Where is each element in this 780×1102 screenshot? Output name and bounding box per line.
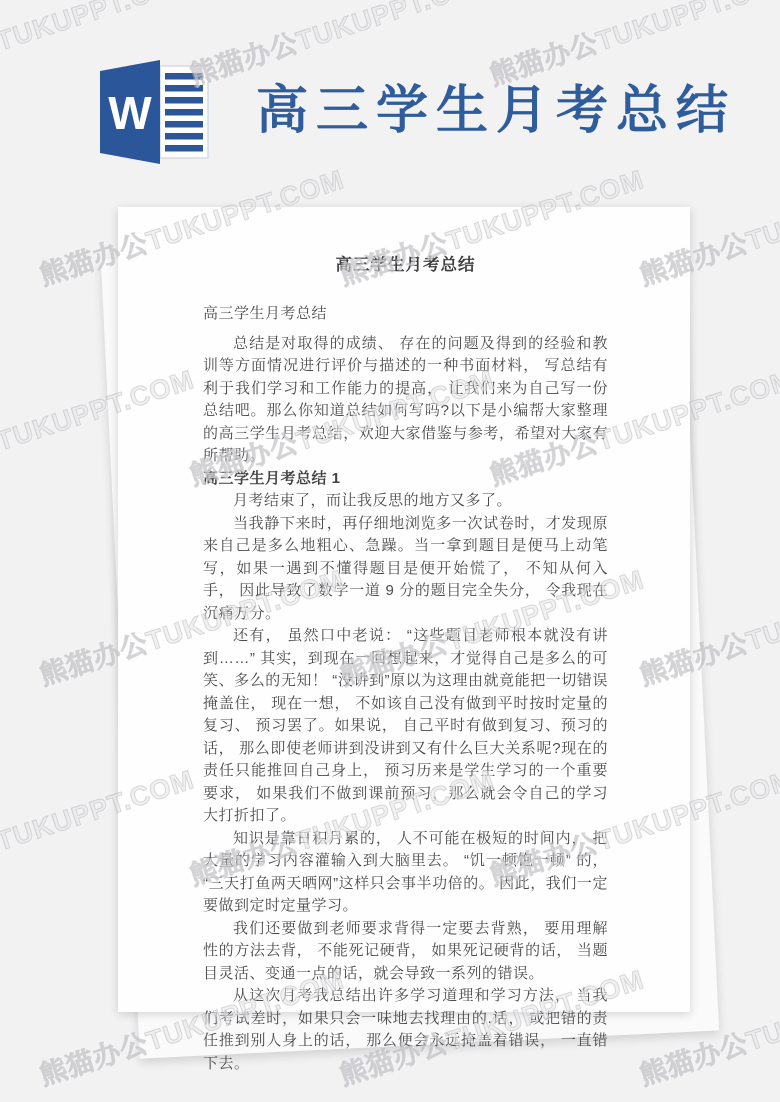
header: W 高三学生月考总结 <box>100 60 736 164</box>
doc-paragraph: 高三学生月考总结 1 <box>203 468 608 491</box>
doc-body: 高三学生月考总结总结是对取得的成绩、 存在的问题及得到的经验和教训等方面情况进行… <box>203 303 608 1075</box>
doc-paragraph: 我们还要做到老师要求背得一定要去背熟， 要用理解性的方法去背， 不能死记硬背， … <box>203 918 608 986</box>
word-logo-icon: W <box>100 60 212 164</box>
doc-paragraph: 知识是靠日积月累的， 人不可能在极短的时间内， 把大量的学习内容灌输入到大脑里去… <box>203 828 608 918</box>
page-title: 高三学生月考总结 <box>256 83 736 140</box>
document-page: 高三学生月考总结 高三学生月考总结总结是对取得的成绩、 存在的问题及得到的经验和… <box>118 207 690 1012</box>
doc-paragraph: 从这次月考我总结出许多学习道理和学习方法， 当我们考试差时，如果只会一味地去找理… <box>203 985 608 1075</box>
doc-paragraph: 月考结束了，而让我反思的地方又多了。 <box>203 490 608 513</box>
document-title: 高三学生月考总结 <box>203 253 608 277</box>
doc-paragraph: 还有， 虽然口中老说： “这些题目老师根本就没有讲到……” 其实，到现在一回想起… <box>203 625 608 828</box>
preview-canvas: W 高三学生月考总结 高三学生月考总结 高三学生月考总结总结是对取得的成绩、 存… <box>0 0 780 1102</box>
doc-paragraph: 当我静下来时，再仔细地浏览多一次试卷时，才发现原来自己是多么地粗心、急躁。当一拿… <box>203 513 608 626</box>
word-logo-letter: W <box>108 87 152 139</box>
doc-paragraph: 高三学生月考总结 <box>203 303 608 326</box>
doc-paragraph: 总结是对取得的成绩、 存在的问题及得到的经验和教训等方面情况进行评价与描述的一种… <box>203 333 608 468</box>
